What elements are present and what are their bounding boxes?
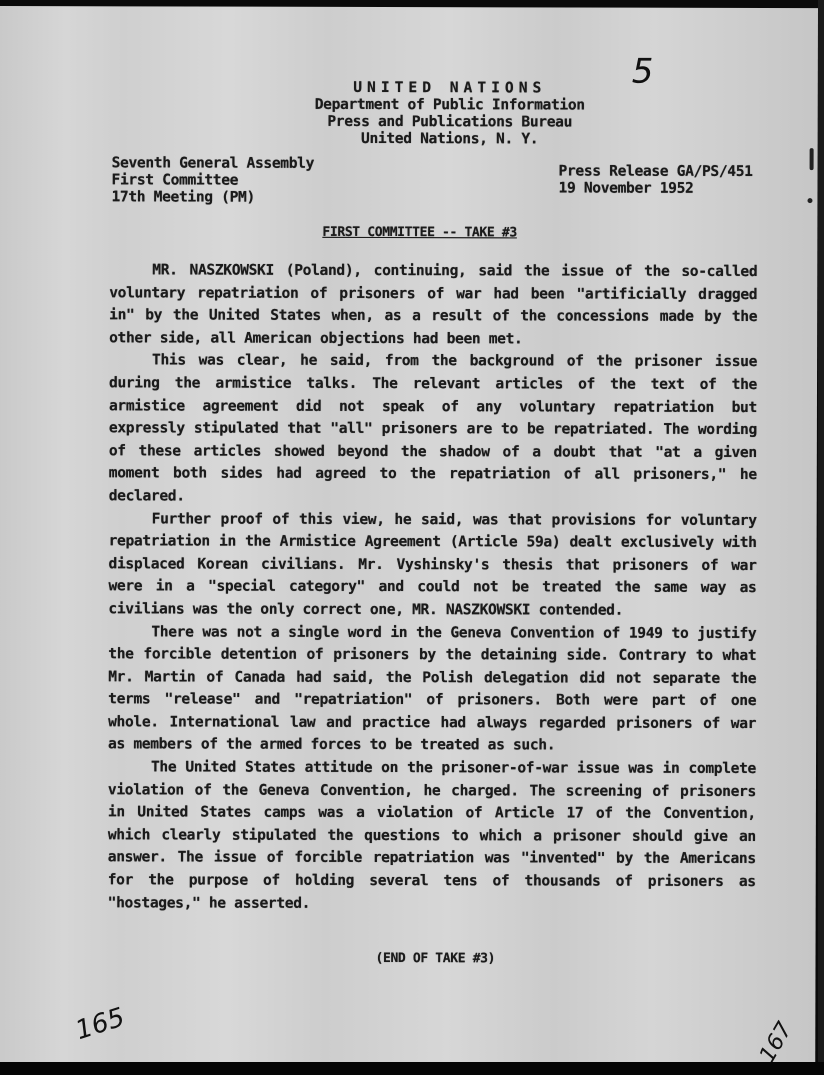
paragraph: Further proof of this view, he said, was… xyxy=(108,508,756,623)
document-page: 5 UNITED NATIONS Department of Public In… xyxy=(0,6,818,1064)
assembly-session: Seventh General Assembly xyxy=(112,154,315,172)
letterhead-bureau: Press and Publications Bureau xyxy=(300,113,600,131)
letterhead-department: Department of Public Information xyxy=(300,96,600,114)
paragraph: This was clear, he said, from the backgr… xyxy=(109,350,757,510)
letterhead-location: United Nations, N. Y. xyxy=(300,130,600,148)
scan-border-right xyxy=(818,0,824,1075)
paragraph: The United States attitude on the prison… xyxy=(108,756,756,916)
margin-dot xyxy=(807,198,812,203)
release-date: 19 November 1952 xyxy=(559,179,753,197)
handwritten-page-number: 5 xyxy=(632,52,654,92)
margin-mark xyxy=(810,148,814,170)
section-title: FIRST COMMITTEE -- TAKE #3 xyxy=(322,225,516,241)
meeting-number: 17th Meeting (PM) xyxy=(111,188,314,206)
handwritten-folio-right: 167 xyxy=(755,1018,798,1067)
letterhead-organization: UNITED NATIONS xyxy=(300,79,600,97)
body-text: MR. NASZKOWSKI (Poland), continuing, sai… xyxy=(108,259,758,916)
scan-border-bottom xyxy=(0,1062,824,1075)
handwritten-folio-left: 165 xyxy=(72,1002,128,1046)
letterhead: UNITED NATIONS Department of Public Info… xyxy=(300,79,600,148)
end-of-take-marker: (END OF TAKE #3) xyxy=(375,951,495,966)
paragraph: There was not a single word in the Genev… xyxy=(108,621,756,758)
press-release-number: Press Release GA/PS/451 xyxy=(559,162,753,180)
meeting-info: Seventh General Assembly First Committee… xyxy=(111,154,314,206)
release-info: Press Release GA/PS/451 19 November 1952 xyxy=(559,162,753,197)
paragraph: MR. NASZKOWSKI (Poland), continuing, sai… xyxy=(109,259,757,351)
committee-name: First Committee xyxy=(112,171,315,189)
